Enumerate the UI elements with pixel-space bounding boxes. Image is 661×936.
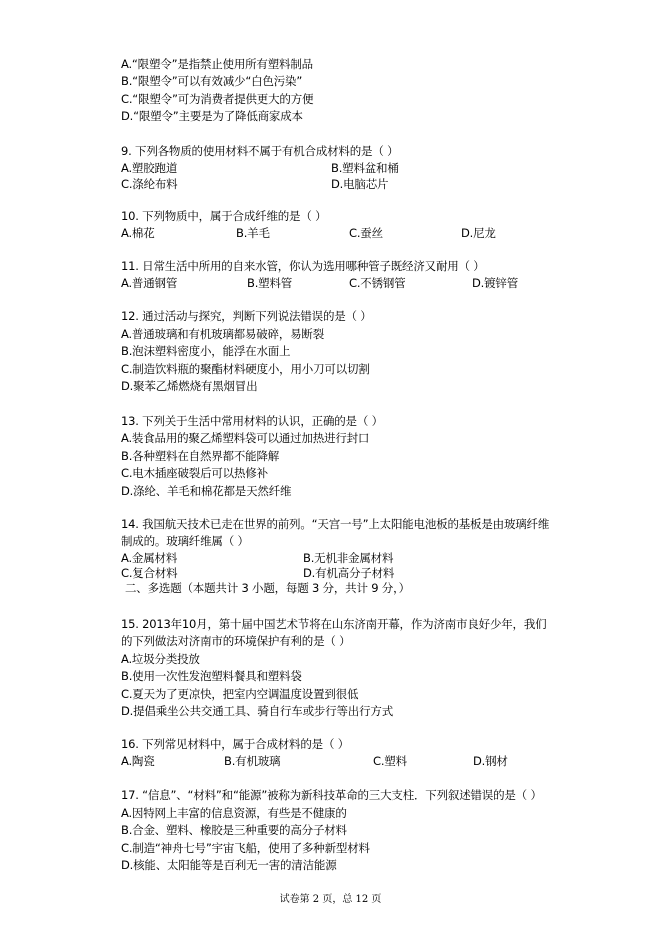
option-c: C.不锈钢管 [349, 275, 406, 292]
option-b: B.羊毛 [236, 225, 270, 242]
question-stem-line-2: 的下列做法对济南市的环境保护有利的是（ ） [121, 633, 350, 650]
option-d: D.“限塑令”主要是为了降低商家成本 [121, 108, 303, 125]
question-stem: 11. 日常生活中所用的自来水管，你认为选用哪种管子既经济又耐用（ ） [121, 258, 485, 275]
option-d: D.电脑芯片 [331, 176, 388, 193]
option-a: A.塑胶跑道 [121, 160, 177, 177]
option-c: C.电木插座破裂后可以热修补 [121, 465, 268, 482]
option-b: B.塑料管 [247, 275, 292, 292]
option-d: D.核能、太阳能等是百利无一害的清洁能源 [121, 857, 337, 874]
option-c: C.制造“神舟七号”宇宙飞船，使用了多种新型材料 [121, 840, 370, 857]
option-d: D.提倡乘坐公共交通工具、骑自行车或步行等出行方式 [121, 703, 393, 720]
option-a: A.棉花 [121, 225, 155, 242]
option-a: A.装食品用的聚乙烯塑料袋可以通过加热进行封口 [121, 430, 369, 447]
question-stem: 9. 下列各物质的使用材料不属于有机合成材料的是（ ） [121, 143, 398, 160]
option-c: C.“限塑令”可为消费者提供更大的方便 [121, 91, 313, 108]
option-b: B.有机玻璃 [224, 753, 280, 770]
option-a: A.普通玻璃和有机玻璃都易破碎，易断裂 [121, 326, 324, 343]
question-stem-line-1: 14. 我国航天技术已走在世界的前列。“天宫一号”上太阳能电池板的基板是由玻璃纤… [121, 516, 549, 533]
option-b: B.各种塑料在自然界都不能降解 [121, 448, 279, 465]
section-heading: 二、多选题（本题共计 3 小题，每题 3 分，共计 9 分，） [125, 580, 410, 597]
option-a: A.普通钢管 [121, 275, 177, 292]
question-stem: 16. 下列常见材料中，属于合成材料的是（ ） [121, 736, 349, 753]
option-d: D.镀锌管 [472, 275, 518, 292]
page-footer: 试卷第 2 页，总 12 页 [0, 893, 661, 907]
option-b: B.合金、塑料、橡胶是三种重要的高分子材料 [121, 822, 347, 839]
question-stem: 10. 下列物质中，属于合成纤维的是（ ） [121, 208, 326, 225]
question-stem-line-2: 制成的。玻璃纤维属（ ） [121, 533, 249, 550]
option-c: C.蚕丝 [349, 225, 383, 242]
option-a: A.因特网上丰富的信息资源，有些是不健康的 [121, 805, 347, 822]
option-b: B.泡沫塑料密度小，能浮在水面上 [121, 343, 290, 360]
option-c: C.夏天为了更凉快，把室内空调温度设置到很低 [121, 686, 358, 703]
option-c: C.塑料 [373, 753, 407, 770]
option-c: C.制造饮料瓶的聚酯材料硬度小，用小刀可以切割 [121, 361, 370, 378]
option-a: A.垃圾分类投放 [121, 651, 200, 668]
option-d: D.涤纶、羊毛和棉花都是天然纤维 [121, 483, 291, 500]
question-stem: 17. “信息”、“材料”和“能源”被称为新科技革命的三大支柱．下列叙述错误的是… [121, 787, 542, 804]
option-b: B.塑料盆和桶 [331, 160, 399, 177]
option-c: C.涤纶布料 [121, 176, 178, 193]
question-stem-line-1: 15. 2013年10月，第十届中国艺术节将在山东济南开幕，作为济南市良好少年，… [121, 616, 546, 633]
question-stem: 13. 下列关于生活中常用材料的认识，正确的是（ ） [121, 413, 383, 430]
option-a: A.陶瓷 [121, 753, 155, 770]
question-stem: 12. 通过活动与探究，判断下列说法错误的是（ ） [121, 308, 372, 325]
option-a: A.“限塑令”是指禁止使用所有塑料制品 [121, 56, 313, 73]
option-d: D.尼龙 [461, 225, 496, 242]
option-d: D.聚苯乙烯燃烧有黑烟冒出 [121, 378, 257, 395]
option-d: D.钢材 [473, 753, 508, 770]
option-b: B.“限塑令”可以有效减少“白色污染” [121, 73, 302, 90]
option-b: B.使用一次性发泡塑料餐具和塑料袋 [121, 668, 302, 685]
